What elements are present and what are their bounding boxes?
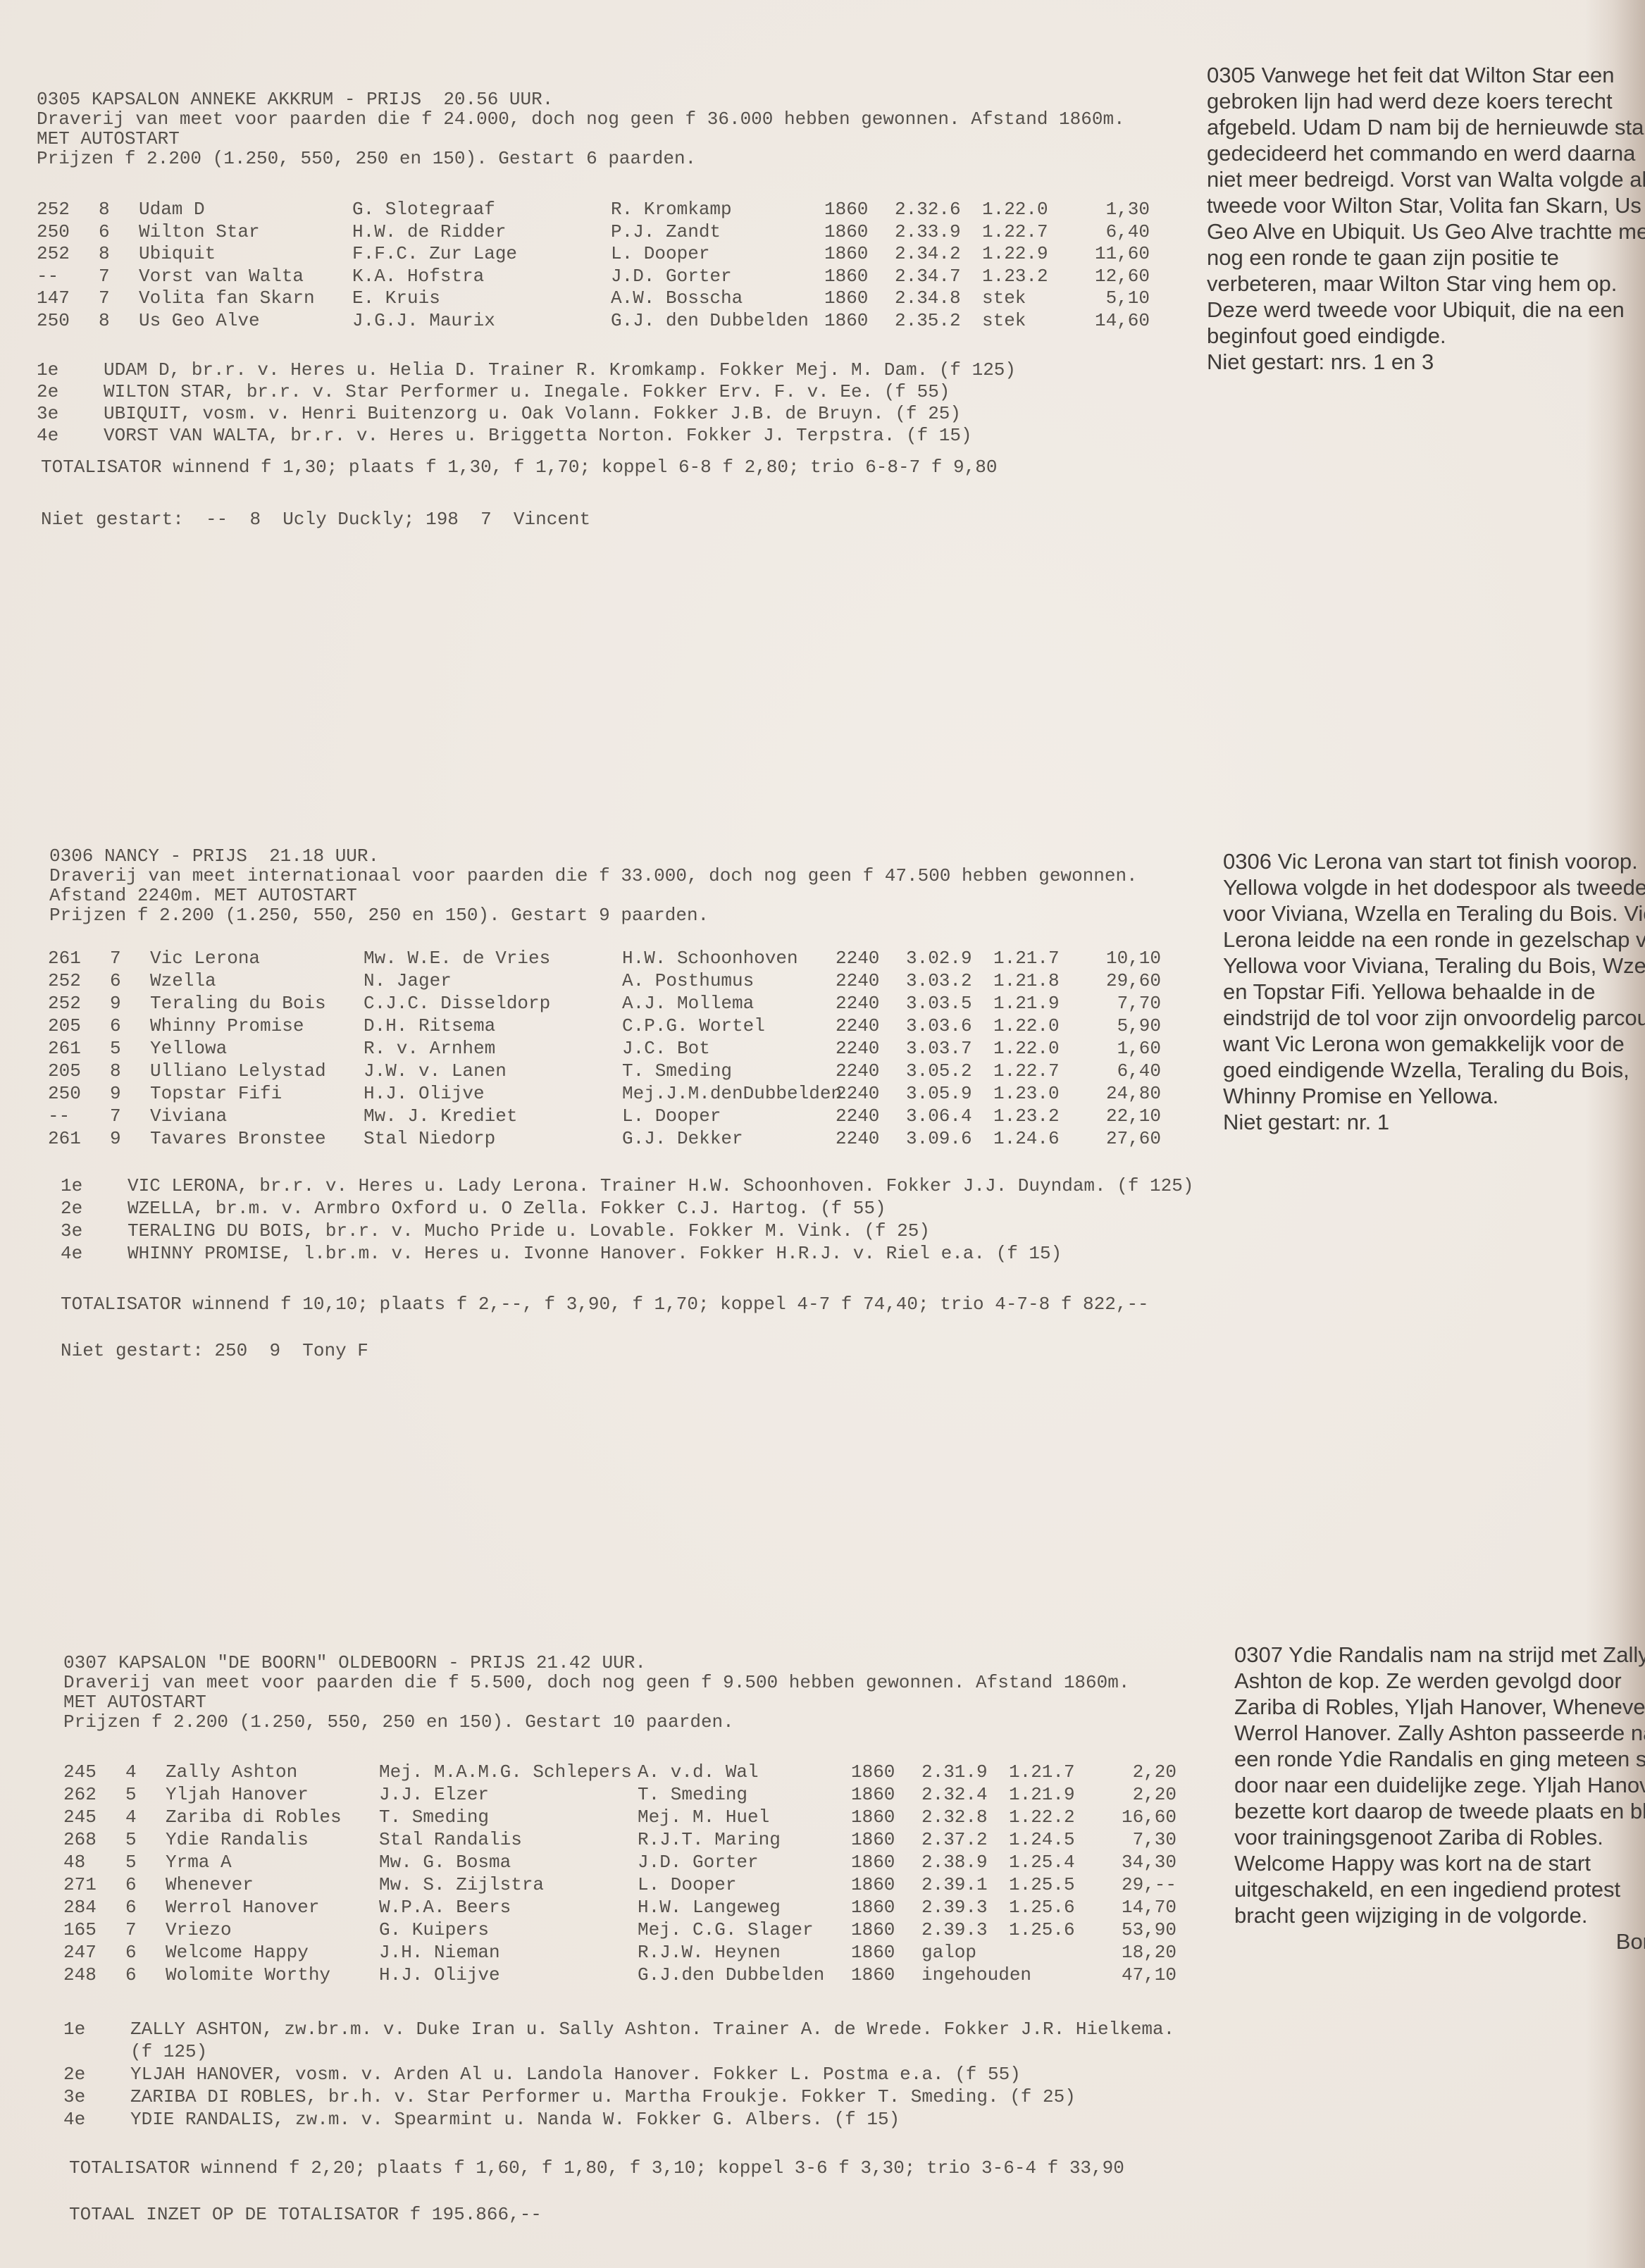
cell-horse: Wilton Star	[139, 221, 260, 242]
race-conditions: Draverij van meet internationaal voor pa…	[49, 865, 1138, 886]
cell-owner: E. Kruis	[352, 287, 440, 309]
cell-time: 2.32.8	[921, 1807, 988, 1828]
cell-no: 7	[99, 266, 110, 287]
race-commentary: 0305 Vanwege het feit dat Wilton Star ee…	[1207, 62, 1645, 375]
cell-time: ingehouden	[921, 1964, 1031, 1985]
cell-odds: 7,70	[1117, 993, 1161, 1014]
cell-distance: 1860	[824, 266, 868, 287]
cell-odds: 5,10	[1106, 287, 1150, 309]
cell-driver: L. Dooper	[638, 1874, 736, 1895]
cell-no: 7	[99, 287, 110, 309]
cell-rating: 48	[63, 1852, 85, 1873]
cell-horse: Zally Ashton	[166, 1761, 297, 1783]
cell-time: 2.32.6	[895, 199, 961, 220]
cell-owner: T. Smeding	[379, 1807, 489, 1828]
result-row: 2846Werrol HanoverW.P.A. BeersH.W. Lange…	[63, 1897, 1219, 1918]
cell-odds: 24,80	[1106, 1083, 1161, 1104]
cell-no: 6	[110, 1015, 121, 1036]
cell-rating: 252	[37, 199, 70, 220]
result-row: 2476Welcome HappyJ.H. NiemanR.J.W. Heyne…	[63, 1942, 1219, 1963]
cell-no: 5	[125, 1852, 137, 1873]
cell-driver: A. Posthumus	[622, 970, 754, 991]
cell-horse: Wolomite Worthy	[166, 1964, 330, 1985]
cell-time: 2.39.3	[921, 1919, 988, 1940]
cell-distance: 1860	[851, 1784, 895, 1805]
cell-horse: Ulliano Lelystad	[150, 1060, 326, 1082]
cell-no: 6	[125, 1942, 137, 1963]
cell-distance: 1860	[851, 1942, 895, 1963]
cell-time: 2.39.3	[921, 1897, 988, 1918]
cell-driver: R.J.T. Maring	[638, 1829, 781, 1850]
cell-odds: 1,60	[1117, 1038, 1161, 1059]
result-row: 2454Zariba di RoblesT. SmedingMej. M. Hu…	[63, 1807, 1219, 1828]
cell-driver: R. Kromkamp	[611, 199, 732, 220]
cell-distance: 1860	[851, 1761, 895, 1783]
cell-km-time: 1.22.0	[993, 1015, 1060, 1036]
cell-horse: Zariba di Robles	[166, 1807, 342, 1828]
cell-km-time: 1.22.0	[993, 1038, 1060, 1059]
cell-odds: 16,60	[1122, 1807, 1177, 1828]
cell-distance: 2240	[836, 948, 879, 969]
cell-no: 6	[125, 1964, 137, 1985]
cell-odds: 7,30	[1133, 1829, 1177, 1850]
cell-horse: Yrma A	[166, 1852, 232, 1873]
cell-driver: A. v.d. Wal	[638, 1761, 759, 1783]
cell-owner: J.J. Elzer	[379, 1784, 489, 1805]
cell-distance: 1860	[824, 310, 868, 331]
race-start-type: MET AUTOSTART	[37, 128, 180, 149]
placing-position: 2e	[63, 2064, 85, 2085]
race-time: 21.42 UUR.	[536, 1652, 646, 1673]
placing-description: YDIE RANDALIS, zw.m. v. Spearmint u. Nan…	[130, 2109, 900, 2130]
cell-horse: Us Geo Alve	[139, 310, 260, 331]
placing-description: VORST VAN WALTA, br.r. v. Heres u. Brigg…	[104, 425, 972, 446]
cell-horse: Udam D	[139, 199, 205, 220]
cell-no: 7	[125, 1919, 137, 1940]
cell-rating: 271	[63, 1874, 97, 1895]
cell-driver: H.W. Langeweg	[638, 1897, 781, 1918]
cell-rating: 245	[63, 1761, 97, 1783]
cell-distance: 2240	[836, 1038, 879, 1059]
cell-driver: J.D. Gorter	[638, 1852, 759, 1873]
cell-owner: Mw. J. Krediet	[364, 1105, 517, 1127]
cell-rating: 205	[48, 1060, 81, 1082]
cell-km-time: stek	[982, 287, 1026, 309]
cell-time: 3.02.9	[906, 948, 972, 969]
cell-owner: K.A. Hofstra	[352, 266, 484, 287]
cell-owner: W.P.A. Beers	[379, 1897, 511, 1918]
cell-odds: 1,30	[1106, 199, 1150, 220]
cell-rating: 252	[48, 970, 81, 991]
cell-driver: T. Smeding	[622, 1060, 732, 1082]
cell-time: 2.35.2	[895, 310, 961, 331]
cell-horse: Teraling du Bois	[150, 993, 326, 1014]
cell-driver: Mej.J.M.denDubbelden	[622, 1083, 842, 1104]
cell-no: 9	[110, 993, 121, 1014]
placing-position: 1e	[37, 359, 58, 380]
race-prizes: Prijzen f 2.200 (1.250, 550, 250 en 150)…	[49, 905, 709, 926]
race-commentary: 0306 Vic Lerona van start tot finish voo…	[1223, 848, 1645, 1135]
cell-driver: L. Dooper	[611, 243, 709, 264]
cell-owner: G. Kuipers	[379, 1919, 489, 1940]
placing-description: TERALING DU BOIS, br.r. v. Mucho Pride u…	[128, 1220, 930, 1241]
result-row: 2486Wolomite WorthyH.J. OlijveG.J.den Du…	[63, 1964, 1219, 1985]
cell-km-time: 1.21.8	[993, 970, 1060, 991]
placing-description: UDAM D, br.r. v. Heres u. Helia D. Train…	[104, 359, 1016, 380]
cell-rating: 268	[63, 1829, 97, 1850]
commentary-not-started: Niet gestart: nrs. 1 en 3	[1207, 349, 1645, 375]
race-title: 0307 KAPSALON "DE BOORN" OLDEBOORN - PRI…	[63, 1652, 646, 1673]
race-prizes: Prijzen f 2.200 (1.250, 550, 250 en 150)…	[63, 1711, 734, 1733]
cell-time: 2.39.1	[921, 1874, 988, 1895]
race-title: 0306 NANCY - PRIJS 21.18 UUR.	[49, 845, 379, 867]
cell-horse: Topstar Fifi	[150, 1083, 282, 1104]
cell-owner: C.J.C. Disseldorp	[364, 993, 550, 1014]
result-row: 2056Whinny PromiseD.H. RitsemaC.P.G. Wor…	[48, 1015, 1203, 1036]
cell-rating: 250	[48, 1083, 81, 1104]
cell-time: 2.31.9	[921, 1761, 988, 1783]
cell-driver: Mej. M. Huel	[638, 1807, 769, 1828]
cell-odds: 6,40	[1117, 1060, 1161, 1082]
cell-owner: Stal Niedorp	[364, 1128, 495, 1149]
cell-time: 3.03.2	[906, 970, 972, 991]
cell-driver: L. Dooper	[622, 1105, 721, 1127]
cell-km-time: 1.25.5	[1009, 1874, 1075, 1895]
cell-odds: 11,60	[1095, 243, 1150, 264]
cell-no: 9	[110, 1083, 121, 1104]
cell-km-time: 1.23.2	[982, 266, 1048, 287]
cell-distance: 1860	[851, 1829, 895, 1850]
cell-km-time: 1.21.9	[993, 993, 1060, 1014]
cell-km-time: 1.23.2	[993, 1105, 1060, 1127]
race-commentary: 0307 Ydie Randalis nam na strijd met Zal…	[1234, 1642, 1645, 1954]
cell-km-time: 1.25.6	[1009, 1897, 1075, 1918]
cell-km-time: 1.22.7	[982, 221, 1048, 242]
cell-odds: 53,90	[1122, 1919, 1177, 1940]
race-title: 0305 KAPSALON ANNEKE AKKRUM - PRIJS 20.5…	[37, 89, 553, 110]
cell-odds: 6,40	[1106, 221, 1150, 242]
result-row: 2625Yljah HanoverJ.J. ElzerT. Smeding186…	[63, 1784, 1219, 1805]
cell-time: 2.38.9	[921, 1852, 988, 1873]
cell-odds: 2,20	[1133, 1784, 1177, 1805]
cell-horse: Vic Lerona	[150, 948, 260, 969]
result-row: 2526WzellaN. JagerA. Posthumus22403.03.2…	[48, 970, 1203, 991]
cell-km-time: 1.21.7	[1009, 1761, 1075, 1783]
cell-odds: 29,60	[1106, 970, 1161, 991]
cell-owner: Mw. S. Zijlstra	[379, 1874, 544, 1895]
cell-no: 5	[125, 1784, 137, 1805]
result-row: 2615YellowaR. v. ArnhemJ.C. Bot22403.03.…	[48, 1038, 1203, 1059]
cell-km-time: 1.22.2	[1009, 1807, 1075, 1828]
not-started: Niet gestart: 250 9 Tony F	[61, 1340, 368, 1361]
cell-driver: G.J. den Dubbelden	[611, 310, 809, 331]
race-conditions: Draverij van meet voor paarden die f 5.5…	[63, 1672, 1129, 1693]
placing-position: 4e	[61, 1243, 82, 1264]
cell-time: 2.34.7	[895, 266, 961, 287]
result-row: 2528Udam DG. SlotegraafR. Kromkamp18602.…	[37, 199, 1192, 220]
placing-position: 1e	[63, 2019, 85, 2040]
cell-no: 6	[125, 1874, 137, 1895]
cell-distance: 2240	[836, 1128, 879, 1149]
cell-driver: H.W. Schoonhoven	[622, 948, 798, 969]
commentary-text: 0307 Ydie Randalis nam na strijd met Zal…	[1234, 1642, 1645, 1928]
placing-description: WZELLA, br.m. v. Armbro Oxford u. O Zell…	[128, 1198, 886, 1219]
cell-km-time: 1.22.9	[982, 243, 1048, 264]
placing-description: ZALLY ASHTON, zw.br.m. v. Duke Iran u. S…	[130, 2019, 1174, 2040]
race-prizes: Prijzen f 2.200 (1.250, 550, 250 en 150)…	[37, 148, 696, 169]
race-time: 20.56 UUR.	[443, 89, 553, 110]
cell-rating: 165	[63, 1919, 97, 1940]
result-row: 2716WheneverMw. S. ZijlstraL. Dooper1860…	[63, 1874, 1219, 1895]
cell-driver: C.P.G. Wortel	[622, 1015, 765, 1036]
result-row: --7VivianaMw. J. KredietL. Dooper22403.0…	[48, 1105, 1203, 1127]
cell-no: 5	[110, 1038, 121, 1059]
cell-owner: H.J. Olijve	[379, 1964, 500, 1985]
cell-driver: A.J. Mollema	[622, 993, 754, 1014]
cell-distance: 2240	[836, 1105, 879, 1127]
placing-description: WILTON STAR, br.r. v. Star Performer u. …	[104, 381, 950, 402]
cell-rating: 262	[63, 1784, 97, 1805]
cell-time: 2.34.8	[895, 287, 961, 309]
cell-distance: 1860	[824, 287, 868, 309]
cell-odds: 2,20	[1133, 1761, 1177, 1783]
result-row: --7Vorst van WaltaK.A. HofstraJ.D. Gorte…	[37, 266, 1192, 287]
cell-no: 8	[99, 199, 110, 220]
cell-rating: --	[48, 1105, 70, 1127]
cell-rating: 261	[48, 948, 81, 969]
cell-rating: 250	[37, 221, 70, 242]
result-row: 2454Zally AshtonMej. M.A.M.G. SchlepersA…	[63, 1761, 1219, 1783]
result-row: 2619Tavares BronsteeStal NiedorpG.J. Dek…	[48, 1128, 1203, 1149]
cell-time: 2.37.2	[921, 1829, 988, 1850]
cell-distance: 1860	[851, 1964, 895, 1985]
cell-distance: 1860	[851, 1852, 895, 1873]
cell-owner: G. Slotegraaf	[352, 199, 495, 220]
placing-position: 3e	[63, 2086, 85, 2107]
cell-driver: T. Smeding	[638, 1784, 747, 1805]
commentary-text: 0306 Vic Lerona van start tot finish voo…	[1223, 848, 1645, 1109]
cell-time: 3.09.6	[906, 1128, 972, 1149]
cell-horse: Welcome Happy	[166, 1942, 309, 1963]
result-row: 2509Topstar FifiH.J. OlijveMej.J.M.denDu…	[48, 1083, 1203, 1104]
race-conditions: Draverij van meet voor paarden die f 24.…	[37, 109, 1125, 130]
totalisator: TOTALISATOR winnend f 10,10; plaats f 2,…	[61, 1294, 1149, 1315]
cell-owner: J.H. Nieman	[379, 1942, 500, 1963]
cell-no: 5	[125, 1829, 137, 1850]
cell-driver: G.J.den Dubbelden	[638, 1964, 824, 1985]
cell-owner: H.J. Olijve	[364, 1083, 485, 1104]
cell-odds: 14,60	[1095, 310, 1150, 331]
totalisator: TOTALISATOR winnend f 1,30; plaats f 1,3…	[41, 457, 997, 478]
cell-distance: 1860	[824, 243, 868, 264]
cell-distance: 2240	[836, 1083, 879, 1104]
cell-no: 4	[125, 1807, 137, 1828]
cell-rating: 252	[48, 993, 81, 1014]
cell-km-time: stek	[982, 310, 1026, 331]
result-row: 2617Vic LeronaMw. W.E. de VriesH.W. Scho…	[48, 948, 1203, 969]
cell-no: 7	[110, 1105, 121, 1127]
race-start-type: MET AUTOSTART	[63, 1692, 206, 1713]
placing-description: WHINNY PROMISE, l.br.m. v. Heres u. Ivon…	[128, 1243, 1062, 1264]
placing-position: 2e	[61, 1198, 82, 1219]
author-signature: Boreas	[1234, 1928, 1645, 1954]
cell-no: 8	[99, 310, 110, 331]
cell-driver: R.J.W. Heynen	[638, 1942, 781, 1963]
cell-time: 3.05.9	[906, 1083, 972, 1104]
cell-rating: 245	[63, 1807, 97, 1828]
cell-time: 3.05.2	[906, 1060, 972, 1082]
cell-driver: Mej. C.G. Slager	[638, 1919, 814, 1940]
cell-owner: D.H. Ritsema	[364, 1015, 495, 1036]
cell-rating: 205	[48, 1015, 81, 1036]
cell-km-time: 1.22.7	[993, 1060, 1060, 1082]
placing-description: ZARIBA DI ROBLES, br.h. v. Star Performe…	[130, 2086, 1076, 2107]
cell-horse: Whenever	[166, 1874, 254, 1895]
cell-distance: 1860	[851, 1897, 895, 1918]
cell-time: 2.33.9	[895, 221, 961, 242]
result-row: 2506Wilton StarH.W. de RidderP.J. Zandt1…	[37, 221, 1192, 242]
cell-km-time: 1.24.5	[1009, 1829, 1075, 1850]
cell-rating: 252	[37, 243, 70, 264]
cell-km-time: 1.21.9	[1009, 1784, 1075, 1805]
cell-time: 2.32.4	[921, 1784, 988, 1805]
cell-odds: 5,90	[1117, 1015, 1161, 1036]
cell-horse: Viviana	[150, 1105, 227, 1127]
cell-owner: N. Jager	[364, 970, 452, 991]
placing-position: 4e	[37, 425, 58, 446]
cell-rating: 261	[48, 1038, 81, 1059]
cell-no: 6	[125, 1897, 137, 1918]
cell-distance: 1860	[851, 1919, 895, 1940]
placing-position: 4e	[63, 2109, 85, 2130]
cell-horse: Yellowa	[150, 1038, 227, 1059]
cell-odds: 10,10	[1106, 948, 1161, 969]
cell-km-time: 1.21.7	[993, 948, 1060, 969]
cell-horse: Yljah Hanover	[166, 1784, 309, 1805]
cell-rating: 248	[63, 1964, 97, 1985]
cell-no: 4	[125, 1761, 137, 1783]
cell-time: 2.34.2	[895, 243, 961, 264]
cell-time: 3.03.7	[906, 1038, 972, 1059]
cell-horse: Ubiquit	[139, 243, 216, 264]
cell-driver: A.W. Bosscha	[611, 287, 743, 309]
cell-no: 9	[110, 1128, 121, 1149]
cell-owner: J.W. v. Lanen	[364, 1060, 507, 1082]
cell-no: 6	[110, 970, 121, 991]
cell-owner: Mej. M.A.M.G. Schlepers	[379, 1761, 632, 1783]
cell-horse: Volita fan Skarn	[139, 287, 315, 309]
cell-owner: H.W. de Ridder	[352, 221, 506, 242]
placing-position: 2e	[37, 381, 58, 402]
cell-odds: 34,30	[1122, 1852, 1177, 1873]
cell-rating: 147	[37, 287, 70, 309]
cell-driver: J.D. Gorter	[611, 266, 732, 287]
commentary-not-started: Niet gestart: nr. 1	[1223, 1109, 1645, 1135]
cell-rating: 284	[63, 1897, 97, 1918]
cell-km-time: 1.24.6	[993, 1128, 1060, 1149]
cell-km-time: 1.23.0	[993, 1083, 1060, 1104]
placing-description-cont: (f 125)	[130, 2041, 207, 2062]
result-row: 2529Teraling du BoisC.J.C. DisseldorpA.J…	[48, 993, 1203, 1014]
cell-no: 6	[99, 221, 110, 242]
total-stake: TOTAAL INZET OP DE TOTALISATOR f 195.866…	[69, 2204, 542, 2225]
cell-owner: F.F.C. Zur Lage	[352, 243, 517, 264]
totalisator: TOTALISATOR winnend f 2,20; plaats f 1,6…	[69, 2157, 1124, 2179]
cell-horse: Ydie Randalis	[166, 1829, 309, 1850]
cell-km-time: 1.22.0	[982, 199, 1048, 220]
result-row: 485Yrma AMw. G. BosmaJ.D. Gorter18602.38…	[63, 1852, 1219, 1873]
cell-odds: 47,10	[1122, 1964, 1177, 1985]
not-started: Niet gestart: -- 8 Ucly Duckly; 198 7 Vi…	[41, 509, 590, 530]
cell-horse: Whinny Promise	[150, 1015, 304, 1036]
cell-time: 3.06.4	[906, 1105, 972, 1127]
cell-odds: 14,70	[1122, 1897, 1177, 1918]
cell-no: 7	[110, 948, 121, 969]
cell-no: 8	[99, 243, 110, 264]
result-row: 2528UbiquitF.F.C. Zur LageL. Dooper18602…	[37, 243, 1192, 264]
placing-description: UBIQUIT, vosm. v. Henri Buitenzorg u. Oa…	[104, 403, 961, 424]
result-row: 1477Volita fan SkarnE. KruisA.W. Bosscha…	[37, 287, 1192, 309]
cell-owner: R. v. Arnhem	[364, 1038, 495, 1059]
commentary-text: 0305 Vanwege het feit dat Wilton Star ee…	[1207, 62, 1645, 349]
cell-driver: P.J. Zandt	[611, 221, 721, 242]
cell-rating: 250	[37, 310, 70, 331]
result-row: 2685Ydie RandalisStal RandalisR.J.T. Mar…	[63, 1829, 1219, 1850]
cell-distance: 1860	[851, 1807, 895, 1828]
placing-description: YLJAH HANOVER, vosm. v. Arden Al u. Land…	[130, 2064, 1021, 2085]
cell-owner: Mw. G. Bosma	[379, 1852, 511, 1873]
cell-driver: G.J. Dekker	[622, 1128, 743, 1149]
cell-km-time: 1.25.4	[1009, 1852, 1075, 1873]
result-row: 2508Us Geo AlveJ.G.J. MaurixG.J. den Dub…	[37, 310, 1192, 331]
cell-odds: 12,60	[1095, 266, 1150, 287]
result-row: 2058Ulliano LelystadJ.W. v. LanenT. Smed…	[48, 1060, 1203, 1082]
cell-time: galop	[921, 1942, 976, 1963]
cell-owner: Mw. W.E. de Vries	[364, 948, 550, 969]
cell-time: 3.03.6	[906, 1015, 972, 1036]
cell-distance: 2240	[836, 993, 879, 1014]
cell-horse: Werrol Hanover	[166, 1897, 319, 1918]
cell-odds: 18,20	[1122, 1942, 1177, 1963]
cell-distance: 2240	[836, 1060, 879, 1082]
cell-rating: 247	[63, 1942, 97, 1963]
cell-time: 3.03.5	[906, 993, 972, 1014]
cell-horse: Wzella	[150, 970, 216, 991]
cell-owner: Stal Randalis	[379, 1829, 522, 1850]
cell-no: 8	[110, 1060, 121, 1082]
cell-rating: --	[37, 266, 58, 287]
race-time: 21.18 UUR.	[269, 845, 379, 867]
cell-distance: 1860	[851, 1874, 895, 1895]
cell-driver: J.C. Bot	[622, 1038, 710, 1059]
cell-horse: Vorst van Walta	[139, 266, 304, 287]
cell-distance: 2240	[836, 1015, 879, 1036]
cell-odds: 29,--	[1122, 1874, 1177, 1895]
cell-owner: J.G.J. Maurix	[352, 310, 495, 331]
cell-km-time: 1.25.6	[1009, 1919, 1075, 1940]
cell-distance: 2240	[836, 970, 879, 991]
cell-distance: 1860	[824, 221, 868, 242]
cell-odds: 22,10	[1106, 1105, 1161, 1127]
placing-description: VIC LERONA, br.r. v. Heres u. Lady Leron…	[128, 1175, 1193, 1196]
placing-position: 3e	[61, 1220, 82, 1241]
cell-odds: 27,60	[1106, 1128, 1161, 1149]
cell-horse: Vriezo	[166, 1919, 232, 1940]
race-start-type: Afstand 2240m. MET AUTOSTART	[49, 885, 357, 906]
placing-position: 1e	[61, 1175, 82, 1196]
result-row: 1657VriezoG. KuipersMej. C.G. Slager1860…	[63, 1919, 1219, 1940]
cell-rating: 261	[48, 1128, 81, 1149]
